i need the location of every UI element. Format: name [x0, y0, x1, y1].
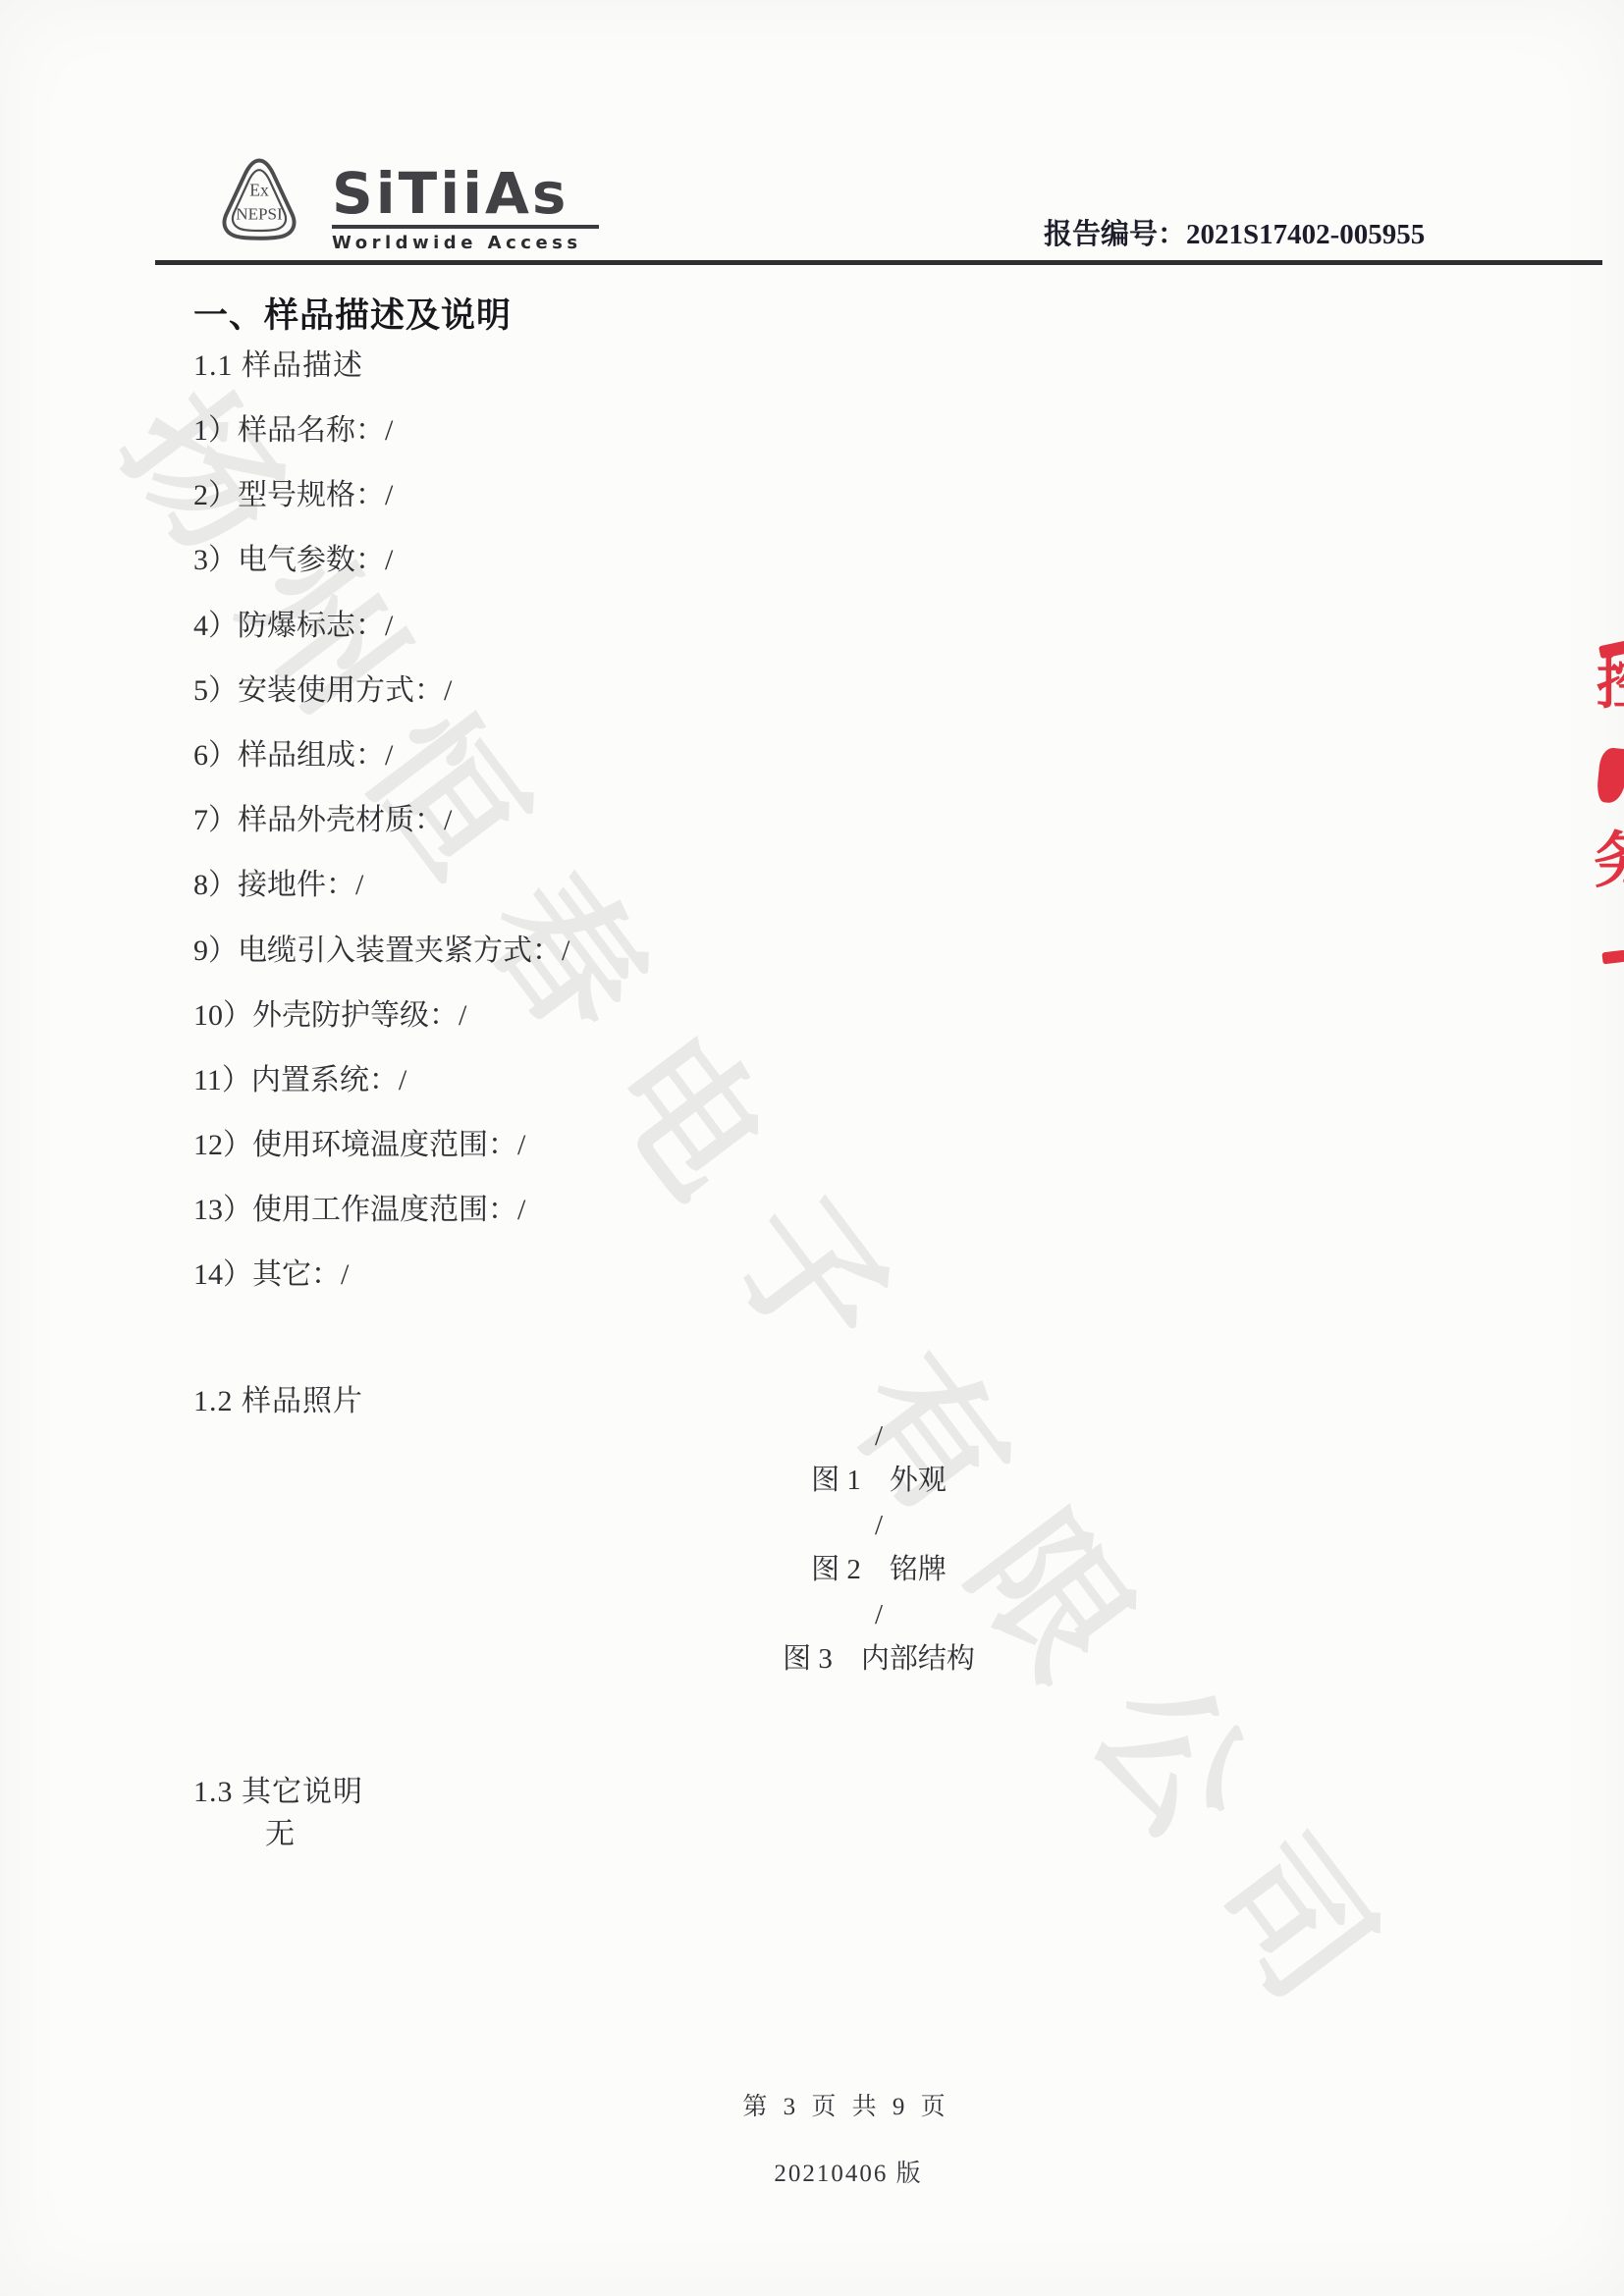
list-item: 14）其它：/ — [193, 1243, 1273, 1308]
figure-caption: 图 1 外观 — [584, 1459, 1173, 1503]
list-item: 3）电气参数：/ — [193, 528, 1273, 593]
sitiias-logo: SiTiiAs Worldwide Access — [332, 165, 607, 253]
figure-placeholder: / — [584, 1593, 1173, 1637]
list-item: 8）接地件：/ — [193, 853, 1273, 918]
nepsi-ex-logo: Ex NEPSI — [216, 155, 302, 250]
brand-tagline: Worldwide Access — [332, 233, 607, 253]
nepsi-triangle-icon: Ex NEPSI — [216, 155, 302, 245]
list-item: 4）防爆标志：/ — [193, 594, 1273, 659]
logo-nepsi-text: NEPSI — [236, 204, 283, 223]
header-rule — [155, 260, 1602, 265]
list-item: 1）样品名称：/ — [193, 399, 1273, 463]
stamp-fragment-bar-bottom — [1601, 950, 1624, 965]
list-item: 2）型号规格：/ — [193, 463, 1273, 528]
document-page: 扬州恒春电子有限公司 Ex NEPSI SiTiiAs Worldwide Ac… — [0, 0, 1624, 2296]
figure-caption-block: / 图 1 外观 / 图 2 铭牌 / 图 3 内部结构 — [584, 1415, 1173, 1682]
figure-caption: 图 2 铭牌 — [584, 1548, 1173, 1592]
report-number: 报告编号：2021S17402-005955 — [1044, 212, 1425, 252]
figure-placeholder: / — [584, 1415, 1173, 1459]
section-1-3-heading: 1.3 其它说明 — [193, 1767, 363, 1810]
brand-name: SiTiiAs — [332, 165, 607, 222]
list-item: 12）使用环境温度范围：/ — [193, 1113, 1273, 1178]
stamp-fragment-blob — [1596, 747, 1624, 805]
page-number: 第 3 页 共 9 页 — [742, 2087, 949, 2122]
list-item: 5）安装使用方式：/ — [193, 659, 1273, 723]
page-title: 一、样品描述及说明 — [193, 289, 512, 338]
section-1-2-heading: 1.2 样品照片 — [193, 1376, 363, 1419]
list-item: 13）使用工作温度范围：/ — [193, 1178, 1273, 1243]
sample-description-list: 1）样品名称：/ 2）型号规格：/ 3）电气参数：/ 4）防爆标志：/ 5）安装… — [193, 399, 1273, 1308]
version-label: 20210406 版 — [774, 2154, 922, 2189]
list-item: 9）电缆引入装置夹紧方式：/ — [193, 919, 1273, 984]
list-item: 11）内置系统：/ — [193, 1048, 1273, 1113]
list-item: 6）样品组成：/ — [193, 723, 1273, 788]
list-item: 10）外壳防护等级：/ — [193, 984, 1273, 1048]
figure-placeholder: / — [584, 1504, 1173, 1548]
section-1-3-note: 无 — [265, 1809, 295, 1852]
stamp-fragment-character: 控 — [1597, 652, 1624, 721]
logo-ex-text: Ex — [249, 181, 269, 200]
figure-caption: 图 3 内部结构 — [584, 1637, 1173, 1682]
list-item: 7）样品外壳材质：/ — [193, 788, 1273, 853]
section-1-1-heading: 1.1 样品描述 — [193, 341, 363, 384]
stamp-fragment-character: 务 — [1594, 827, 1624, 903]
